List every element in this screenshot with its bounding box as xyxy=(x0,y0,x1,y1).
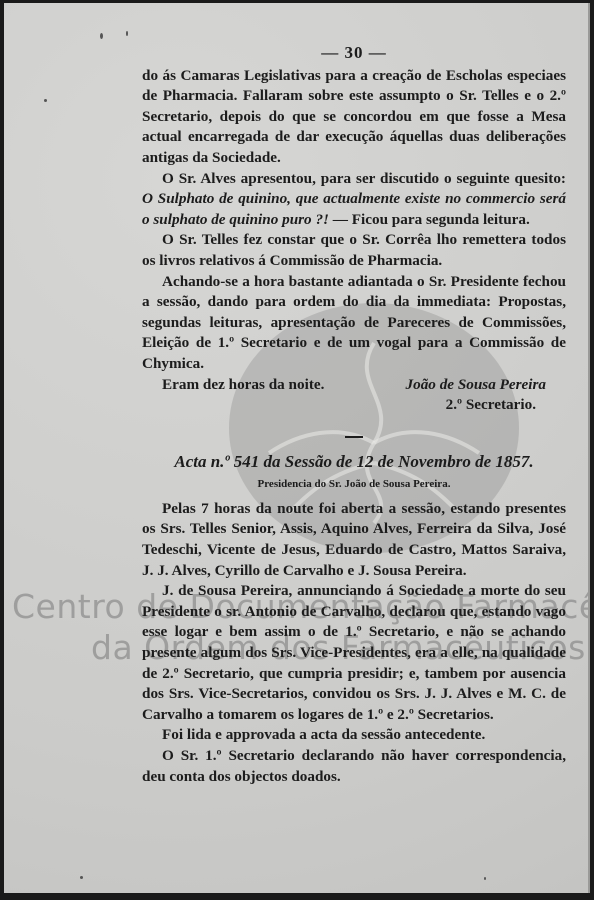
speck xyxy=(80,876,83,879)
signatory-role: 2.º Secretario. xyxy=(142,395,566,416)
acta-paragraph-announcement: J. de Sousa Pereira, annunciando á Socie… xyxy=(142,581,566,725)
page-number: — 30 — xyxy=(142,43,566,64)
acta-paragraph-correspondence: O Sr. 1.º Secretario declarando não have… xyxy=(142,746,566,787)
alves-intro: O Sr. Alves apresentou, para ser discuti… xyxy=(162,170,566,187)
closing-time: Eram dez horas da noite. xyxy=(162,375,324,396)
signature-line: Eram dez horas da noite. João de Sousa P… xyxy=(142,375,566,396)
paragraph-telles: O Sr. Telles fez constar que o Sr. Corrê… xyxy=(142,230,566,271)
speck xyxy=(100,33,103,39)
paragraph-continuation: do ás Camaras Legislativas para a creaçã… xyxy=(142,66,566,169)
speck xyxy=(44,99,47,102)
scanned-page: Centro de Documentação Farmacêutica da O… xyxy=(4,3,590,893)
alves-outro: — Ficou para segunda leitura. xyxy=(329,211,530,228)
signatory-name: João de Sousa Pereira xyxy=(406,375,546,396)
acta-presidency: Presidencia do Sr. João de Sousa Pereira… xyxy=(142,474,566,495)
section-divider xyxy=(345,436,363,438)
acta-paragraph-attendance: Pelas 7 horas da noute foi aberta a sess… xyxy=(142,499,566,581)
paragraph-alves: O Sr. Alves apresentou, para ser discuti… xyxy=(142,169,566,231)
acta-title: Acta n.º 541 da Sessão de 12 de Novembro… xyxy=(142,452,566,473)
paragraph-closing: Achando-se a hora bastante adiantada o S… xyxy=(142,272,566,375)
speck xyxy=(484,877,486,880)
speck xyxy=(126,31,128,36)
acta-paragraph-minutes: Foi lida e approvada a acta da sessão an… xyxy=(142,725,566,746)
page-text: — 30 — do ás Camaras Legislativas para a… xyxy=(142,43,566,787)
